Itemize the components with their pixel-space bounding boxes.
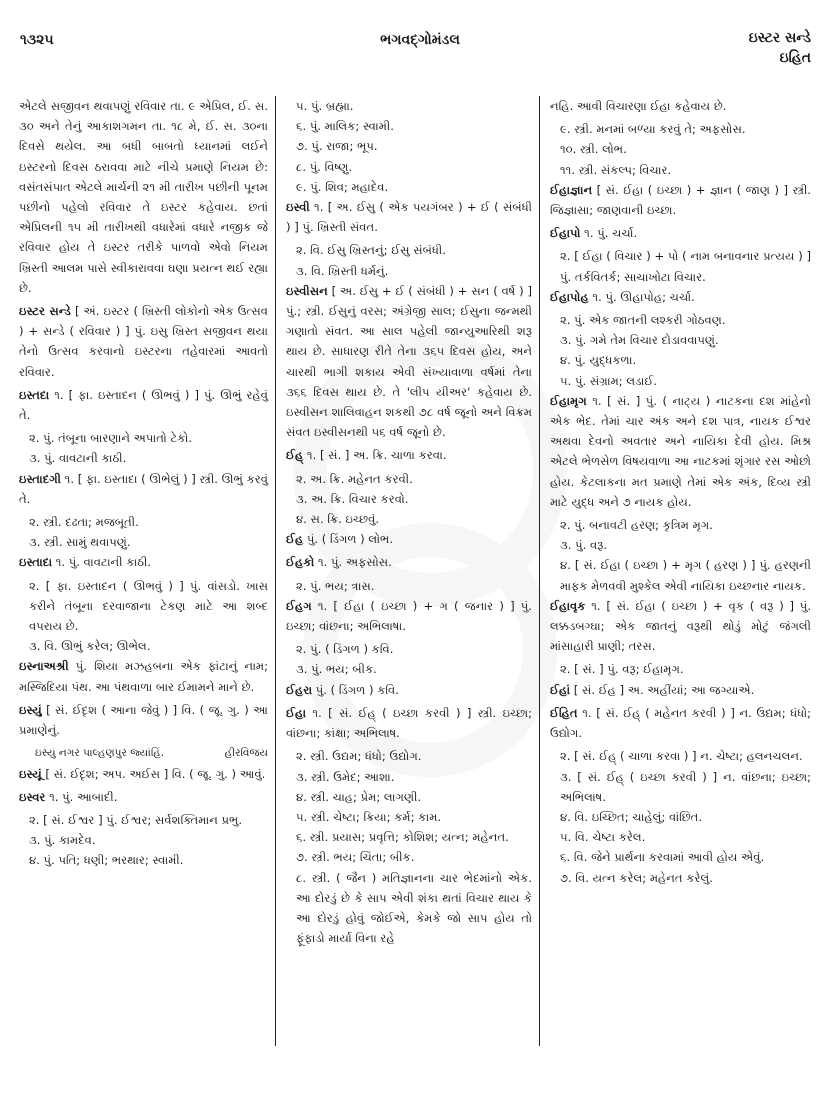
sense-text: ૩. પું. કામદેવ. — [29, 833, 96, 847]
sense-text: ૯. સ્ત્રી. મનમાં બળ્યા કરવું તે; અફસોસ. — [560, 122, 746, 136]
page-number: ૧૩૨૫ — [20, 32, 54, 48]
headword: ઇસ્વીસન — [286, 284, 328, 298]
sense-text: ૭. સ્ત્રી. ભય; ચિંતા; બીક. — [296, 850, 414, 864]
sense-text: ૨. [ સં. ] પું. વરૂ; ઈહામૃગ. — [560, 662, 684, 676]
sense-text: ૪. વિ. ઇચ્છિત; ચાહેલું; વાંછિત. — [560, 810, 702, 824]
sense-text: ૩. પું. વરૂ. — [560, 538, 607, 552]
sense-line: ૨. પું. ભય; ત્રાસ. — [286, 576, 532, 596]
definition-text: ૧. [ સં. ઈહ્ ( ઇચ્છા કરવી ) ] સ્ત્રી. ઇચ… — [286, 706, 532, 740]
sense-line: ૨. પું. બનાવટી હરણ; કૃત્રિમ મૃગ. — [550, 515, 811, 535]
headword: ઈહ્ — [286, 448, 303, 462]
dictionary-entry: ઇસ્તદા ૧. [ ફા. ઇસ્તાદન ( ઊભવું ) ] પું.… — [19, 385, 268, 425]
definition-text: ૧. [ સં. ઈહ્ ( મહેનત કરવી ) ] ન. ઉદ્યમ; … — [550, 706, 811, 740]
sense-line: ૩. પું. કામદેવ. — [19, 830, 268, 850]
headword: ઈહકો — [286, 555, 314, 569]
headword: ઈહરા — [286, 683, 312, 697]
headword: ઈહાપોહ — [550, 290, 589, 304]
sense-text: ૩. સ્ત્રી. સામું થવાપણું. — [29, 535, 131, 549]
sense-text: ૭. વિ. યત્ન કરેલ; મહેનત કરેલું. — [560, 871, 713, 885]
dictionary-entry: ઇસ્વીસન [ અ. ઈસુ + ઈ ( સંબંધી ) + સન ( વ… — [286, 281, 532, 443]
sense-line: ૫. સ્ત્રી. ચેષ્ટા; ક્રિયા; કર્મ; કામ. — [286, 807, 532, 827]
sense-text: ૨. પું. એક જાતની લશ્કરી ગોઠવણ. — [560, 313, 726, 327]
sense-line: ૨. પું. તંબૂના બારણાને અપાતો ટેકો. — [19, 428, 268, 448]
headword: ઇસ્તાદા — [19, 555, 52, 569]
dictionary-entry: ઇસ્વર ૧. પું. આબાદી. — [19, 787, 268, 807]
sense-line: ૫. પું. સંગ્રામ; લડાઈ. — [550, 371, 811, 391]
headword: ઇસ્યું — [19, 703, 42, 717]
sense-text: ૩. અ. ક્રિ. વિચાર કરવો. — [296, 492, 409, 506]
headword: ઈહાજ્ઞાન — [550, 183, 592, 197]
sense-line: ૨. સ્ત્રી. દઢતા; મજબૂતી. — [19, 512, 268, 532]
sense-text: ૪. પું. યુદ્ધકળા. — [560, 353, 636, 367]
sense-text: ૩. પું. વાવટાની કાઠી. — [29, 451, 126, 465]
sense-text: ૩. પું. ભય; બીક. — [296, 662, 377, 676]
citation-quote: ઇસ્યું નગર પાલ્હણપુર જ્યાંહિં.હીરવિજય — [19, 743, 268, 763]
sense-text: ૩. સ્ત્રી. ઉમેદ; આશા. — [296, 770, 394, 784]
sense-text: ૧૧. સ્ત્રી. સંકલ્પ; વિચાર. — [560, 163, 671, 177]
definition-text: ૧. [ ફા. ઇસ્તાદન ( ઊભવું ) ] પું. ઊભું ર… — [19, 388, 268, 422]
sense-line: ૨. વિ. ઈસુ ખ્રિસ્તનું; ઈસુ સંબંધી. — [286, 240, 532, 260]
sense-text: ૧૦. સ્ત્રી. લોભ. — [560, 142, 627, 156]
dictionary-entry: ઇસ્ટર સન્ડે [ અં. ઇસ્ટર ( ખ્રિસ્તી લોકોન… — [19, 301, 268, 382]
sense-line: ૩. પું. ભય; બીક. — [286, 659, 532, 679]
sense-line: ૪. વિ. ઇચ્છિત; ચાહેલું; વાંછિત. — [550, 807, 811, 827]
sense-line: ૬. વિ. જેને પ્રાર્થના કરવામાં આવી હોય એવ… — [550, 847, 811, 867]
headword: ઇસ્તાદગી — [19, 472, 61, 486]
sense-line: ૪. [ સં. ઈહા ( ઇચ્છા ) + મૃગ ( હરણ ) ] પ… — [550, 555, 811, 595]
headword: ઈહિત — [550, 706, 578, 720]
sense-line: ૩. [ સં. ઈહ્ ( ઇચ્છા કરવી ) ] ન. વાંછના;… — [550, 767, 811, 807]
dictionary-entry: ઈહરા પું. ( ડિંગળ ) કવિ. — [286, 680, 532, 700]
dictionary-entry: ઈહ પું. ( ડિંગળ ) લોભ. — [286, 529, 532, 549]
column-3: નહિ. આવી વિચારણા ઈહા કહેવાય છે.૯. સ્ત્રી… — [540, 96, 818, 1046]
sense-text: ૨. પું. ભય; ત્રાસ. — [296, 579, 374, 593]
dictionary-entry: ઇસ્તાદા ૧. પું. વાવટાની કાઠી. — [19, 552, 268, 572]
dictionary-entry: ઈહ્ ૧. [ સં. ] અ. ક્રિ. ચાળા કરવા. — [286, 445, 532, 465]
sense-text: ૩. વિ. ઊભું કરેલ; ઊભેલ. — [29, 639, 151, 653]
sense-line: ૩. અ. ક્રિ. વિચાર કરવો. — [286, 489, 532, 509]
dictionary-entry: ઈહગ ૧. [ ઈહા ( ઇચ્છા ) + ગ ( જનાર ) ] પુ… — [286, 596, 532, 636]
sense-line: ૩. વિ. ઊભું કરેલ; ઊભેલ. — [19, 636, 268, 656]
definition-text: પું. ( ડિંગળ ) કવિ. — [312, 683, 399, 697]
sense-line: ૨. અ. ક્રિ. મહેનત કરવી. — [286, 469, 532, 489]
sense-line: ૪. પું. પતિ; ધણી; ભરથાર; સ્વામી. — [19, 850, 268, 870]
dictionary-columns: એટલે સજીવન થવાપણું રવિવાર તા. ૯ એપ્રિલ, … — [12, 96, 818, 1046]
headword: ઇસ્વર — [19, 790, 45, 804]
sense-line: ૨. [ સં. ઈશ્વર ] પું. ઈશ્વર; સર્વશક્તિમા… — [19, 810, 268, 830]
sense-text: ૨. પું. તંબૂના બારણાને અપાતો ટેકો. — [29, 431, 192, 445]
definition-text: ૧. [ ઈહા ( ઇચ્છા ) + ગ ( જનાર ) ] પું. ઇ… — [286, 599, 532, 633]
sense-line: ૧૦. સ્ત્રી. લોભ. — [550, 139, 811, 159]
paragraph-text: એટલે સજીવન થવાપણું રવિવાર તા. ૯ એપ્રિલ, … — [19, 99, 268, 295]
definition-text: પું. ( ડિંગળ ) લોભ. — [303, 532, 393, 546]
sense-text: ૨. સ્ત્રી. દઢતા; મજબૂતી. — [29, 515, 139, 529]
sense-text: ૬. પું. માલિક; સ્વામી. — [296, 119, 394, 133]
sense-line: ૩. પું. વાવટાની કાઠી. — [19, 448, 268, 468]
sense-text: ૨. સ્ત્રી. ઉદ્યમ; ધંધો; ઉદ્યોગ. — [296, 749, 421, 763]
definition-text: [ સં. ઈદૃશ ( આના જેવું ) ] વિ. ( જૂ. ગુ.… — [19, 703, 268, 737]
sense-text: ૫. સ્ત્રી. ચેષ્ટા; ક્રિયા; કર્મ; કામ. — [296, 810, 441, 824]
sense-line: ૩. સ્ત્રી. સામું થવાપણું. — [19, 532, 268, 552]
guide-word-first: ઇસ્ટર સન્ડે — [749, 28, 811, 48]
sense-text: ૨. [ ફા. ઇસ્તાદન ( ઊભવું ) ] પું. વાંસડો… — [29, 579, 268, 633]
sense-text: ૨. [ સં. ઈહ્ ( ચાળા કરવા ) ] ન. ચેષ્ટા; … — [560, 749, 803, 763]
dictionary-entry: ઇસ્યૂં [ સં. ઈદૃશ; અપ. અઈસ ] વિ. ( જૂ. ગ… — [19, 764, 268, 784]
headword: ઇસ્તદા — [19, 388, 49, 402]
guide-words: ઇસ્ટર સન્ડે ઇહિત — [749, 28, 811, 68]
sense-line: ૭. વિ. યત્ન કરેલ; મહેનત કરેલું. — [550, 868, 811, 888]
headword: ઈહા — [286, 706, 306, 720]
dictionary-entry: ઈહાજ્ઞાન [ સં. ઈહા ( ઇચ્છા ) + જ્ઞાન ( જ… — [550, 180, 811, 220]
sense-line: ૪. પું. યુદ્ધકળા. — [550, 350, 811, 370]
sense-text: ૫. પું. સંગ્રામ; લડાઈ. — [560, 374, 657, 388]
guide-word-last: ઇહિત — [749, 48, 811, 68]
sense-line: ૫. વિ. ચેષ્ટા કરેલ. — [550, 827, 811, 847]
sense-text: ૪. પું. પતિ; ધણી; ભરથાર; સ્વામી. — [29, 853, 183, 867]
dictionary-entry: ઈહામૃગ ૧. [ સં. ] પું. ( નાટ્ય ) નાટકના … — [550, 391, 811, 512]
definition-text: ૧. પું. વાવટાની કાઠી. — [52, 555, 151, 569]
sense-text: ૨. પું. ( ડિંગળ ) કવિ. — [296, 642, 393, 656]
headword: ઇસ્નાઅશ્રી — [19, 659, 69, 673]
column-2: ૫. પું. બ્રહ્મા.૬. પું. માલિક; સ્વામી.૭.… — [276, 96, 540, 1046]
book-title: ભગવદ્ગોમંડલ — [320, 32, 520, 48]
sense-text: ૪. સ્ત્રી. ચાહ; પ્રેમ; લાગણી. — [296, 790, 421, 804]
sense-line: ૨. પું. એક જાતની લશ્કરી ગોઠવણ. — [550, 310, 811, 330]
sense-text: ૯. પું. શિવ; મહાદેવ. — [296, 180, 388, 194]
sense-line: ૮. પું. વિષ્ણુ. — [286, 157, 532, 177]
sense-text: ૪. સ. ક્રિ. ઇચ્છવું. — [296, 512, 379, 526]
dictionary-entry: ઈહાવૃક ૧. [ સં. ઈહા ( ઇચ્છા ) + વૃક ( વર… — [550, 596, 811, 657]
sense-line: ૬. પું. માલિક; સ્વામી. — [286, 116, 532, 136]
headword: ઈહાં — [550, 683, 570, 697]
definition-text: ૧. [ સં. ] અ. ક્રિ. ચાળા કરવા. — [303, 448, 446, 462]
sense-line: ૭. સ્ત્રી. ભય; ચિંતા; બીક. — [286, 847, 532, 867]
sense-line: ૨. [ સં. ઈહ્ ( ચાળા કરવા ) ] ન. ચેષ્ટા; … — [550, 746, 811, 766]
sense-line: ૨. સ્ત્રી. ઉદ્યમ; ધંધો; ઉદ્યોગ. — [286, 746, 532, 766]
definition-text: [ સં. ઈદૃશ; અપ. અઈસ ] વિ. ( જૂ. ગુ. ) આવ… — [42, 767, 266, 781]
sense-line: ૩. પું. ગમે તેમ વિચાર દોડાવવાપણું. — [550, 330, 811, 350]
sense-text: ૪. [ સં. ઈહા ( ઇચ્છા ) + મૃગ ( હરણ ) ] પ… — [560, 558, 811, 592]
sense-line: ૪. સ્ત્રી. ચાહ; પ્રેમ; લાગણી. — [286, 787, 532, 807]
dictionary-entry: ઇસ્તાદગી ૧. [ ફા. ઇસ્તાદા ( ઊભેલું ) ] સ… — [19, 469, 268, 509]
definition-text: ૧. [ સં. ઈહા ( ઇચ્છા ) + વૃક ( વરૂ ) ] પ… — [550, 599, 811, 653]
sense-text: ૩. વિ. ખ્રિસ્તી ધર્મનું. — [296, 264, 388, 278]
sense-text: ૬. વિ. જેને પ્રાર્થના કરવામાં આવી હોય એવ… — [560, 850, 764, 864]
definition-text: [ સં. ઈહ ] અ. અહીંયાં; આ જગ્યાએ. — [570, 683, 754, 697]
sense-line: ૭. પું. રાજા; ભૂપ. — [286, 136, 532, 156]
quote-text: ઇસ્યું નગર પાલ્હણપુર જ્યાંહિં. — [35, 743, 164, 763]
dictionary-entry: ઈહા ૧. [ સં. ઈહ્ ( ઇચ્છા કરવી ) ] સ્ત્રી… — [286, 703, 532, 743]
sense-text: ૬. સ્ત્રી. પ્રયાસ; પ્રવૃત્તિ; કોશિશ; યત્… — [296, 830, 509, 844]
dictionary-entry: ઇસ્વી ૧. [ અ. ઈસુ ( એક પયગંબર ) + ઈ ( સં… — [286, 197, 532, 237]
definition-text: [ અ. ઈસુ + ઈ ( સંબંધી ) + સન ( વર્ષ ) ] … — [286, 284, 532, 439]
definition-text: ૧. [ સં. ] પું. ( નાટ્ય ) નાટકના દશ માંહ… — [550, 394, 811, 509]
definition-text: ૧. [ અ. ઈસુ ( એક પયગંબર ) + ઈ ( સંબંધી )… — [286, 200, 532, 234]
dictionary-entry: ઈહાપોહ ૧. પું. ઊહાપોહ; ચર્ચા. — [550, 287, 811, 307]
headword: ઈહ — [286, 532, 303, 546]
sense-text: ૩. પું. ગમે તેમ વિચાર દોડાવવાપણું. — [560, 333, 719, 347]
page-header: ૧૩૨૫ ભગવદ્ગોમંડલ ઇસ્ટર સન્ડે ઇહિત — [20, 28, 811, 68]
sense-line: ૨. [ સં. ] પું. વરૂ; ઈહામૃગ. — [550, 659, 811, 679]
column-1: એટલે સજીવન થવાપણું રવિવાર તા. ૯ એપ્રિલ, … — [12, 96, 276, 1046]
sense-text: ૨. [ ઈહા ( વિચાર ) + પો ( નામ બનાવનાર પ્… — [560, 249, 811, 283]
sense-text: ૭. પું. રાજા; ભૂપ. — [296, 139, 378, 153]
sense-text: ૮. સ્ત્રી. ( જૈન ) મતિજ્ઞાનના ચાર ભેદમાં… — [296, 871, 532, 946]
quote-source: હીરવિજય — [225, 743, 268, 763]
dictionary-entry: ઇસ્નાઅશ્રી પું. શિયા મઝહબના એક ફાંટાનું … — [19, 656, 268, 696]
sense-text: ૨. [ સં. ઈશ્વર ] પું. ઈશ્વર; સર્વશક્તિમા… — [29, 813, 242, 827]
sense-line: ૯. પું. શિવ; મહાદેવ. — [286, 177, 532, 197]
sense-line: ૩. પું. વરૂ. — [550, 535, 811, 555]
headword: ઈહાપો — [550, 226, 580, 240]
definition-text: ૧. પું. ઊહાપોહ; ચર્ચા. — [589, 290, 695, 304]
sense-line: ૪. સ. ક્રિ. ઇચ્છવું. — [286, 509, 532, 529]
sense-text: ૨. પું. બનાવટી હરણ; કૃત્રિમ મૃગ. — [560, 518, 713, 532]
sense-line: ૨. [ ઈહા ( વિચાર ) + પો ( નામ બનાવનાર પ્… — [550, 246, 811, 286]
sense-line: ૮. સ્ત્રી. ( જૈન ) મતિજ્ઞાનના ચાર ભેદમાં… — [286, 868, 532, 949]
sense-line: ૨. પું. ( ડિંગળ ) કવિ. — [286, 639, 532, 659]
sense-text: ૨. અ. ક્રિ. મહેનત કરવી. — [296, 472, 413, 486]
definition-text: ૧. પું. અફસોસ. — [314, 555, 392, 569]
headword: ઇસ્ટર સન્ડે — [19, 304, 71, 318]
sense-line: ૨. [ ફા. ઇસ્તાદન ( ઊભવું ) ] પું. વાંસડો… — [19, 576, 268, 637]
dictionary-entry: ઇસ્યું [ સં. ઈદૃશ ( આના જેવું ) ] વિ. ( … — [19, 700, 268, 740]
headword: ઇસ્વી — [286, 200, 310, 214]
sense-line: ૯. સ્ત્રી. મનમાં બળ્યા કરવું તે; અફસોસ. — [550, 119, 811, 139]
sense-text: ૨. વિ. ઈસુ ખ્રિસ્તનું; ઈસુ સંબંધી. — [296, 243, 446, 257]
sense-line: ૩. સ્ત્રી. ઉમેદ; આશા. — [286, 767, 532, 787]
dictionary-entry: ઈહાં [ સં. ઈહ ] અ. અહીંયાં; આ જગ્યાએ. — [550, 680, 811, 700]
continuation-paragraph: નહિ. આવી વિચારણા ઈહા કહેવાય છે. — [550, 96, 811, 116]
headword: ઇસ્યૂં — [19, 767, 42, 781]
sense-text: ૮. પું. વિષ્ણુ. — [296, 160, 352, 174]
sense-line: ૬. સ્ત્રી. પ્રયાસ; પ્રવૃત્તિ; કોશિશ; યત્… — [286, 827, 532, 847]
dictionary-entry: ઈહાપો ૧. પું. ચર્ચા. — [550, 223, 811, 243]
sense-line: ૩. વિ. ખ્રિસ્તી ધર્મનું. — [286, 261, 532, 281]
sense-text: ૫. પું. બ્રહ્મા. — [296, 99, 354, 113]
dictionary-entry: ઈહિત ૧. [ સં. ઈહ્ ( મહેનત કરવી ) ] ન. ઉદ… — [550, 703, 811, 743]
headword: ઈહાવૃક — [550, 599, 585, 613]
sense-text: ૫. વિ. ચેષ્ટા કરેલ. — [560, 830, 645, 844]
sense-line: ૧૧. સ્ત્રી. સંકલ્પ; વિચાર. — [550, 160, 811, 180]
sense-text: ૩. [ સં. ઈહ્ ( ઇચ્છા કરવી ) ] ન. વાંછના;… — [560, 770, 811, 804]
definition-text: ૧. પું. ચર્ચા. — [580, 226, 637, 240]
paragraph-text: નહિ. આવી વિચારણા ઈહા કહેવાય છે. — [550, 99, 726, 113]
definition-text: ૧. પું. આબાદી. — [45, 790, 117, 804]
sense-line: ૫. પું. બ્રહ્મા. — [286, 96, 532, 116]
headword: ઈહગ — [286, 599, 312, 613]
continuation-paragraph: એટલે સજીવન થવાપણું રવિવાર તા. ૯ એપ્રિલ, … — [19, 96, 268, 298]
headword: ઈહામૃગ — [550, 394, 587, 408]
dictionary-entry: ઈહકો ૧. પું. અફસોસ. — [286, 552, 532, 572]
